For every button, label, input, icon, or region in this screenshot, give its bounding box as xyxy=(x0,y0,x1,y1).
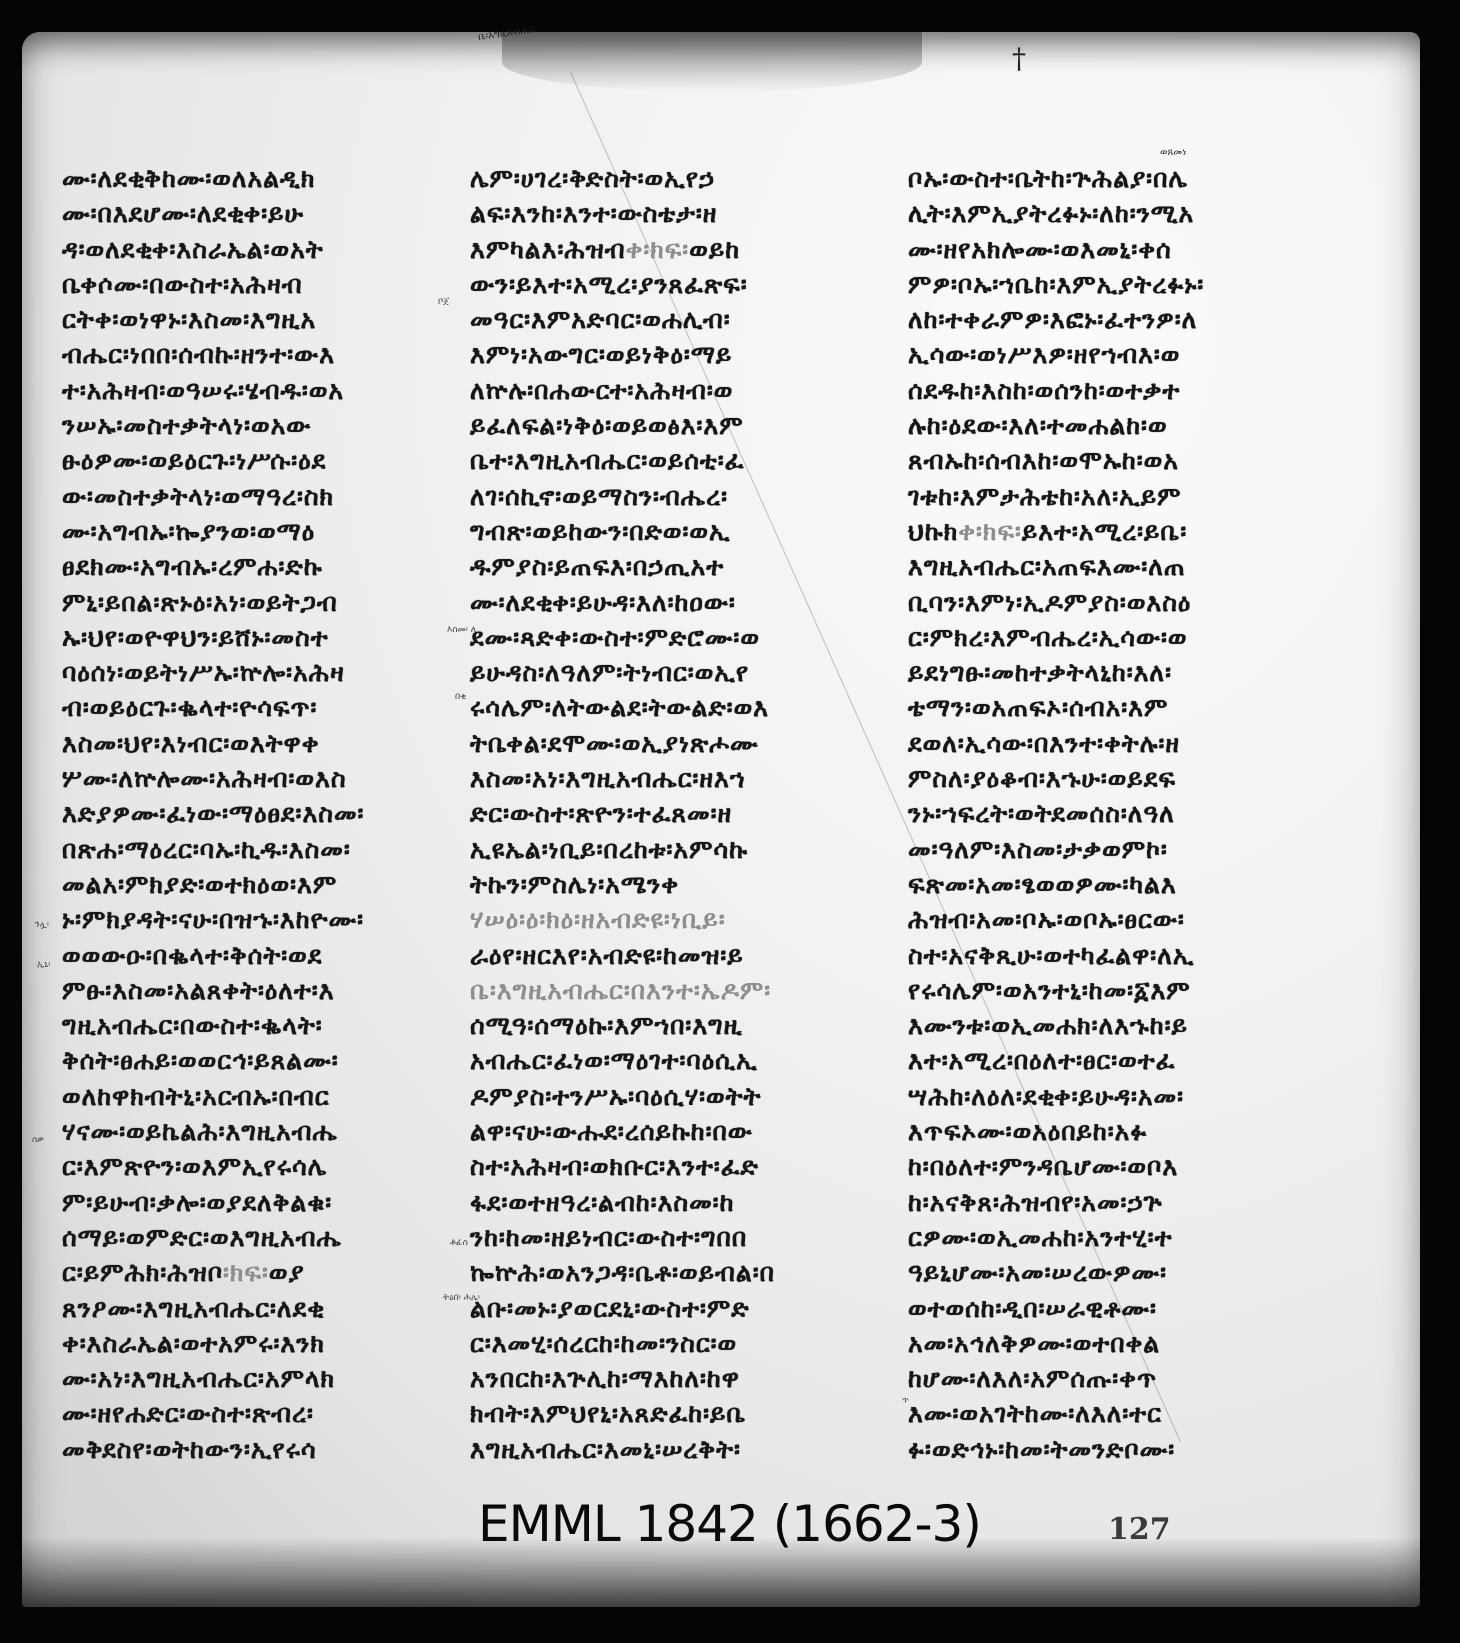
line-text: እስመ፡አነ፡እግዚአብሔር፡ዘእኀ xyxy=(470,764,745,793)
text-line: ወወውዑ፡በቈላተ፡ቅሰት፡ወደ xyxy=(62,938,472,973)
line-text: ልቡ፡መኑ፡ያወርደኒ፡ውስተ፡ምድ xyxy=(470,1294,750,1323)
line-text: ር፡እመሂ፡ሰረርከ፡ከመ፡ንስር፡ወ xyxy=(470,1329,737,1358)
text-line: ሙ፡ዘየሐድር፡ውስተ፡ጽብረ፡ xyxy=(62,1396,472,1431)
line-text: ምስለ፡ያዕቆብ፡እኁሁ፡ወይደፍ xyxy=(908,764,1176,793)
line-text: ሉከ፡ዕደው፡እለ፡ተመሐልከ፡ወ xyxy=(908,411,1168,440)
text-line: ፀደክሙ፡አግብኡ፡ረምሐ፡ድኩ xyxy=(62,549,472,584)
line-text: ሰማይ፡ወምድር፡ወእግዚአብሔ xyxy=(62,1223,342,1252)
text-line: አብሔር፡ፈነወ፡ማዕገተ፡ባዕሲኢ xyxy=(470,1043,880,1078)
line-text: ኢዩኤል፡ነቢይ፡በረከቱ፡አምሳኩ xyxy=(470,835,748,864)
rubric-text: ቀ፡ክፍ፡ xyxy=(626,235,690,264)
line-text: ለገ፡ሰኪኖ፡ወይማስን፡ብሔረ፡ xyxy=(470,482,728,511)
text-line: እግዚአብሔር፡እመኒ፡ሠረቅት፡ xyxy=(470,1432,880,1467)
line-text: ስተ፡አናቅጺሁ፡ወተካፈልዋ፡ለኢ xyxy=(908,941,1194,970)
line-text: ደወለ፡ኢሳው፡በእንተ፡ቀትሉ፡ዘ xyxy=(908,729,1180,758)
line-text: ጸብኡከ፡ሰብእከ፡ወሞኡከ፡ወአ xyxy=(908,446,1179,475)
line-text: እምካልእ፡ሕዝብ xyxy=(470,235,626,264)
line-text: ቤቀሶሙ፡በውስተ፡አሕዛብ xyxy=(62,270,303,299)
text-line: ራዕየ፡ዘርእየ፡አብድዩ፡ከመዝ፡ይ xyxy=(470,938,880,973)
cross-mark: † xyxy=(1012,42,1026,75)
line-text: ሌም፡ሀገረ፡ቅድስት፡ወኢየኃ xyxy=(470,164,715,193)
line-text: እጥፍኦሙ፡ወአዕበይከ፡አፉ xyxy=(908,1117,1147,1146)
line-text: አብሔር፡ፈነወ፡ማዕገተ፡ባዕሲኢ xyxy=(470,1046,758,1075)
text-line: ከ፡አናቅጸ፡ሕዝብየ፡አመ፡ኃጕ xyxy=(908,1185,1318,1220)
text-line: ሰደዱከ፡እስከ፡ወሰንከ፡ወተቃተ xyxy=(908,373,1318,408)
text-line: ተ፡አሕዛብ፡ወዓሠሩ፡ሄብዱ፡ወአ xyxy=(62,373,472,408)
text-line: ው፡መስተቃትላነ፡ወማዓረ፡ስክ xyxy=(62,479,472,514)
line-text: የሩሳሌም፡ወአንተኒ፡ከመ፡፩እም xyxy=(908,976,1191,1005)
text-line: ቢባን፡እምነ፡ኢዶምያስ፡ወእስዕ xyxy=(908,585,1318,620)
text-line: ድር፡ውስተ፡ጽዮን፡ተፈጸመ፡ዘ xyxy=(470,796,880,831)
line-text-continued: ወያ xyxy=(269,1258,305,1287)
line-text: ሃናሙ፡ወይኬልሕ፡እግዚአብሔ xyxy=(62,1117,338,1146)
line-text: ደሙ፡ጻድቀ፡ውስተ፡ምድሮሙ፡ወ xyxy=(470,623,760,652)
text-line: ከ፡በዕለተ፡ምንዳቤሆሙ፡ወቦእ xyxy=(908,1149,1318,1184)
text-line: ልፍ፡እንከ፡እንተ፡ውስቴታ፡ዘ xyxy=(470,196,880,231)
text-line: እተ፡አሚረ፡በዕለተ፡ፀር፡ወተፈ xyxy=(908,1043,1318,1078)
text-line: ስተ፡አሕዛብ፡ወክቡር፡እንተ፡ፈድ xyxy=(470,1149,880,1184)
line-text: እተ፡አሚረ፡በዕለተ፡ፀር፡ወተፈ xyxy=(908,1046,1175,1075)
line-text: ሩሳሌም፡ለትውልደ፡ትውልድ፡ወእ xyxy=(470,693,769,722)
line-text: ተ፡አሕዛብ፡ወዓሠሩ፡ሄብዱ፡ወአ xyxy=(62,376,344,405)
text-line: ር፡ምክረ፡እምብሔረ፡ኢሳው፡ወ xyxy=(908,620,1318,655)
text-line: ይፈለፍል፡ነቅዕ፡ወይወፅእ፡እም xyxy=(470,408,880,443)
line-text: ቅሰት፡ፀሐይ፡ወወርኅ፡ይጸልሙ፡ xyxy=(62,1046,339,1075)
line-text: እሙ፡ወአገትከሙ፡ለእለ፡ተር xyxy=(908,1399,1162,1428)
line-text: ኡ፡ህየ፡ወዮዋህን፡ይሸኑ፡መስተ xyxy=(62,623,329,652)
text-line: ደሙ፡ጻድቀ፡ውስተ፡ምድሮሙ፡ወ xyxy=(470,620,880,655)
text-line: ልዋ፡ናሁ፡ውሑደ፡ረሰይኩከ፡በው xyxy=(470,1114,880,1149)
text-line: ንኑ፡ኀፍረት፡ወትደመሰስ፡ለዓለ xyxy=(908,796,1318,831)
line-text: ከሆሙ፡ለእለ፡አምሰጡ፡ቀጥ xyxy=(908,1364,1157,1393)
line-text: ሰደዱከ፡እስከ፡ወሰንከ፡ወተቃተ xyxy=(908,376,1180,405)
line-text: ንሠኡ፡መስተቃትላነ፡ወአው xyxy=(62,411,311,440)
line-text: ድር፡ውስተ፡ጽዮን፡ተፈጸመ፡ዘ xyxy=(470,799,732,828)
line-text: መቅደስየ፡ወትከውን፡ኢየሩሳ xyxy=(62,1435,317,1464)
top-shadow xyxy=(502,32,922,92)
line-text: እምነ፡አውግር፡ወይነቅዕ፡ማይ xyxy=(470,340,732,369)
folio-number: 127 xyxy=(1108,1512,1171,1547)
text-line: ቤተ፡እግዚአብሔር፡ወይሰቲ፡ፈ xyxy=(470,443,880,478)
text-line: ባዕሰነ፡ወይትነሥኡ፡ኵሎ፡አሕዛ xyxy=(62,655,472,690)
line-text: እግዚአብሔር፡እመኒ፡ሠረቅት፡ xyxy=(470,1435,741,1464)
line-text: ፀደክሙ፡አግብኡ፡ረምሐ፡ድኩ xyxy=(62,552,323,581)
text-line: ቀ፡እስራኤል፡ወተአምሩ፡እንክ xyxy=(62,1326,472,1361)
text-column-2: ሌም፡ሀገረ፡ቅድስት፡ወኢየኃልፍ፡እንከ፡እንተ፡ውስቴታ፡ዘእምካልእ፡ሕ… xyxy=(470,161,880,1467)
text-line: ትቤቀል፡ደሞሙ፡ወኢያነጽሖሙ xyxy=(470,726,880,761)
text-line: ለገ፡ሰኪኖ፡ወይማስን፡ብሔረ፡ xyxy=(470,479,880,514)
text-line: ፍጽመ፡አመ፡ፄወወዎሙ፡ካልእ xyxy=(908,867,1318,902)
text-line: መቅደስየ፡ወትከውን፡ኢየሩሳ xyxy=(62,1432,472,1467)
text-line: ሰማይ፡ወምድር፡ወእግዚአብሔ xyxy=(62,1220,472,1255)
line-text: ከ፡በዕለተ፡ምንዳቤሆሙ፡ወቦእ xyxy=(908,1152,1178,1181)
text-line: ፁዕዎሙ፡ወይዕርጉ፡ነሥሱ፡ዕደ xyxy=(62,443,472,478)
line-text: ይደነግፁ፡መከተቃትላኒከ፡እለ፡ xyxy=(908,658,1172,687)
text-line: ፋደ፡ወተዘዓረ፡ልብከ፡እስመ፡ከ xyxy=(470,1185,880,1220)
text-line: ዱምያስ፡ይጠፍእ፡በኃጢአተ xyxy=(470,549,880,584)
text-line: ሃናሙ፡ወይኬልሕ፡እግዚአብሔ xyxy=(62,1114,472,1149)
line-text: ትኩን፡ምስሌነ፡አሜን xyxy=(470,870,661,899)
margin-note: እስመ፡ ለ xyxy=(447,625,476,635)
line-text: መዓር፡እምአድባር፡ወሐሊብ፡ xyxy=(470,305,731,334)
text-column-3: ቦኡ፡ውስተ፡ቤትከ፡ጕሕልያ፡በሌሊት፡እምኢያትረፉኑ፡ለከ፡ንሚአሙ፡ዘየ… xyxy=(908,161,1318,1467)
line-text: ሣሕከ፡ለዕለ፡ደቂቀ፡ይሁዳ፡አመ፡ xyxy=(908,1082,1184,1111)
text-line: እድያዎሙ፡ፈነው፡ማዕፀደ፡እስመ፡ xyxy=(62,796,472,831)
line-text: ንኑ፡ኀፍረት፡ወትደመሰስ፡ለዓለ xyxy=(908,799,1175,828)
text-line: እምነ፡አውግር፡ወይነቅዕ፡ማይ xyxy=(470,337,880,372)
line-text: ሙ፡አነ፡እግዚአብሔር፡አምላክ xyxy=(62,1364,335,1393)
line-text: ቦኡ፡ውስተ፡ቤትከ፡ጕሕልያ፡በሌ xyxy=(908,164,1188,193)
text-line: ኢዩኤል፡ነቢይ፡በረከቱ፡አምሳኩ xyxy=(470,832,880,867)
line-text: ብሔር፡ነበበ፡ሰብኩ፡ዘንተ፡ውእ xyxy=(62,340,335,369)
line-text: አንበርከ፡እጕሊከ፡ማእከለ፡ከዋ xyxy=(470,1364,740,1393)
text-line: ህኩክቀ፡ክፍ፡ይእተ፡አሚረ፡ይቤ፡ xyxy=(908,514,1318,549)
line-text: ም፡ይሁብ፡ቃሎ፡ወያደለቅልቁ፡ xyxy=(62,1188,332,1217)
line-text: ለከ፡ተቀራምዎ፡እፎኑ፡ፈተንዎ፡ለ xyxy=(908,305,1197,334)
line-text: ቢባን፡እምነ፡ኢዶምያስ፡ወእስዕ xyxy=(908,588,1191,617)
text-line: ዳ፡ወለደቂቀ፡እስራኤል፡ወአት xyxy=(62,232,472,267)
text-line: ስተ፡አናቅጺሁ፡ወተካፈልዋ፡ለኢ xyxy=(908,938,1318,973)
line-text: እግዚአብሔር፡አጠፍእሙ፡ለጠ xyxy=(908,552,1186,581)
line-text: ሕዝብ፡አመ፡ቦኡ፡ወቦኡ፡ፀርው፡ xyxy=(908,905,1185,934)
line-text: ጸንዖሙ፡እግዚአብሔር፡ለደቂ xyxy=(62,1294,325,1323)
text-line: ንሠኡ፡መስተቃትላነ፡ወአው xyxy=(62,408,472,443)
line-text: ስተ፡አሕዛብ፡ወክቡር፡እንተ፡ፈድ xyxy=(470,1152,759,1181)
line-text: ባዕሰነ፡ወይትነሥኡ፡ኵሎ፡አሕዛ xyxy=(62,658,345,687)
line-text: ምፁ፡እስመ፡አልጸቀት፡ዕለተ፡እ xyxy=(62,976,335,1005)
line-text: ግብጽ፡ወይከውን፡በድወ፡ወኢ xyxy=(470,517,731,546)
text-line: ሦሙ፡ለኵሎሙ፡አሕዛብ፡ወእስ xyxy=(62,761,472,796)
line-text: ኢሳው፡ወነሥእዎ፡ዘየኀብእ፡ወ xyxy=(908,340,1180,369)
text-line: ለኵሉ፡በሐውርተ፡አሕዛብ፡ወ xyxy=(470,373,880,408)
line-text: ግዚአብሔር፡በውስተ፡ቈላት፡ xyxy=(62,1011,323,1040)
line-text: ክብት፡እምህየኒ፡አጸድፈከ፡ይቤ xyxy=(470,1399,746,1428)
rubric-text: ቀ፡ክፍ፡ xyxy=(958,517,1022,546)
margin-note: ኢኒ፡ xyxy=(37,960,50,970)
text-line: ሙ፡አነ፡እግዚአብሔር፡አምላክ xyxy=(62,1361,472,1396)
line-text: ርዎሙ፡ወኢመሐከ፡አንተሂ፡ተ xyxy=(908,1223,1172,1252)
text-line: ቴማን፡ወአጠፍኦ፡ሰብአ፡እም xyxy=(908,690,1318,725)
line-text: ውን፡ይእተ፡አሚረ፡ያንጸፈጽፍ፡ xyxy=(470,270,748,299)
line-text: ወተወሰከ፡ዲበ፡ሠራዊቶሙ፡ xyxy=(908,1294,1157,1323)
text-line: ኑ፡ምክያዳት፡ናሁ፡በዝኁ፡እከዮሙ፡ xyxy=(62,902,472,937)
text-line: ብሔር፡ነበበ፡ሰብኩ፡ዘንተ፡ውእ xyxy=(62,337,472,372)
line-text: ህኩክ xyxy=(908,517,958,546)
text-line: ዓይኒሆሙ፡አመ፡ሠረውዎሙ፡ xyxy=(908,1255,1318,1290)
text-line: ወለከዋክብትኒ፡አርብኡ፡በብር xyxy=(62,1079,472,1114)
line-text: ሙ፡ዘየሐድር፡ውስተ፡ጽብረ፡ xyxy=(62,1399,314,1428)
line-text: ሦሙ፡ለኵሎሙ፡አሕዛብ፡ወእስ xyxy=(62,764,347,793)
line-text: ሰሚዓ፡ሰማዕኩ፡እምኀበ፡እግዚ xyxy=(470,1011,743,1040)
text-line: ጸብኡከ፡ሰብእከ፡ወሞኡከ፡ወአ xyxy=(908,443,1318,478)
line-text: ምዎ፡ቦኡ፡ኀቤከ፡እምኢያትረፉኑ፡ xyxy=(908,270,1204,299)
line-text: መ፡ዓለም፡እስመ፡ታቃወምኮ፡ xyxy=(908,835,1168,864)
text-line: ለከ፡ተቀራምዎ፡እፎኑ፡ፈተንዎ፡ለ xyxy=(908,302,1318,337)
text-line: ንከ፡ከመ፡ዘይነብር፡ውስተ፡ግበበ xyxy=(470,1220,880,1255)
line-text: ርትቀ፡ወነዋኑ፡እስመ፡እግዚአ xyxy=(62,305,316,334)
text-line: መ፡ዓለም፡እስመ፡ታቃወምኮ፡ xyxy=(908,832,1318,867)
margin-note: ትዕበ፡ ሕሌ፡ xyxy=(443,1293,480,1303)
text-line: ቤ፡እግዚአብሔር፡በእንተ፡ኤዶም፡ xyxy=(470,973,880,1008)
text-line: ር፡እመሂ፡ሰረርከ፡ከመ፡ንስር፡ወ xyxy=(470,1326,880,1361)
text-line: ትኩን፡ምስሌነ፡አሜንቀ xyxy=(470,867,880,902)
text-line: ሃሠዕ፡ዕ፡ክዕ፡ዘአብድዩ፡ነቢይ፡ xyxy=(470,902,880,937)
line-text: ሙ፡ዘየአክሎሙ፡ወእመኒ፡ቀሰ xyxy=(908,235,1172,264)
line-text: በጽሐ፡ማዕረር፡ባኡ፡ኪዱ፡እስመ፡ xyxy=(62,835,351,864)
text-line: በጽሐ፡ማዕረር፡ባኡ፡ኪዱ፡እስመ፡ xyxy=(62,832,472,867)
line-text: ወለከዋክብትኒ፡አርብኡ፡በብር xyxy=(62,1082,330,1111)
text-line: እሙ፡ወአገትከሙ፡ለእለ፡ተር xyxy=(908,1396,1318,1431)
text-line: ይሁዳስ፡ለዓለም፡ትነብር፡ወኢየ xyxy=(470,655,880,690)
line-text: ልዋ፡ናሁ፡ውሑደ፡ረሰይኩከ፡በው xyxy=(470,1117,753,1146)
line-text: ሊት፡እምኢያትረፉኑ፡ለከ፡ንሚአ xyxy=(908,199,1194,228)
text-line: ወተወሰከ፡ዲበ፡ሠራዊቶሙ፡ xyxy=(908,1291,1318,1326)
text-line: ሕዝብ፡አመ፡ቦኡ፡ወቦኡ፡ፀርው፡ xyxy=(908,902,1318,937)
text-line: ልቡ፡መኑ፡ያወርደኒ፡ውስተ፡ምድ xyxy=(470,1291,880,1326)
text-line: ቦኡ፡ውስተ፡ቤትከ፡ጕሕልያ፡በሌ xyxy=(908,161,1318,196)
text-line: ርትቀ፡ወነዋኑ፡እስመ፡እግዚአ xyxy=(62,302,472,337)
text-line: እስመ፡አነ፡እግዚአብሔር፡ዘእኀ xyxy=(470,761,880,796)
line-text: ኑ፡ምክያዳት፡ናሁ፡በዝኁ፡እከዮሙ፡ xyxy=(62,905,364,934)
text-line: የሩሳሌም፡ወአንተኒ፡ከመ፡፩እም xyxy=(908,973,1318,1008)
margin-note: ጥ xyxy=(902,1396,909,1406)
text-line: ም፡ይሁብ፡ቃሎ፡ወያደለቅልቁ፡ xyxy=(62,1185,472,1220)
text-line: ቤቀሶሙ፡በውስተ፡አሕዛብ xyxy=(62,267,472,302)
line-text: ምኒ፡ይበል፡ጽኑዕ፡አነ፡ወይትጋብ xyxy=(62,588,338,617)
line-text-continued: ቀ xyxy=(661,870,679,899)
text-line: አንበርከ፡እጕሊከ፡ማእከለ፡ከዋ xyxy=(470,1361,880,1396)
rubric-text: ፡ክፍ፡ xyxy=(223,1258,269,1287)
text-line: ሙ፡ዘየአክሎሙ፡ወእመኒ፡ቀሰ xyxy=(908,232,1318,267)
line-text: ንከ፡ከመ፡ዘይነብር፡ውስተ፡ግበበ xyxy=(470,1223,747,1252)
line-text: ሙ፡አግብኡ፡ኰያንወ፡ወማዕ xyxy=(62,517,315,546)
line-text: ር፡ይምሕክ፡ሕዝቦ xyxy=(62,1258,223,1287)
text-line: ኡ፡ህየ፡ወዮዋህን፡ይሸኑ፡መስተ xyxy=(62,620,472,655)
line-text: ልፍ፡እንከ፡እንተ፡ውስቴታ፡ዘ xyxy=(470,199,717,228)
text-line: ሙ፡ለደቂቀ፡ይሁዳ፡እለ፡ከዐው፡ xyxy=(470,585,880,620)
text-line: እምካልእ፡ሕዝብቀ፡ክፍ፡ወይከ xyxy=(470,232,880,267)
line-text: ር፡እምጽዮን፡ወእምኢየሩሳሌ xyxy=(62,1152,327,1181)
text-line: ከሆሙ፡ለእለ፡አምሰጡ፡ቀጥ xyxy=(908,1361,1318,1396)
line-text: ዓይኒሆሙ፡አመ፡ሠረውዎሙ፡ xyxy=(908,1258,1167,1287)
text-line: ሊት፡እምኢያትረፉኑ፡ለከ፡ንሚአ xyxy=(908,196,1318,231)
margin-note: ቶፊስ xyxy=(450,1238,468,1248)
text-line: ሙ፡ለደቂቅከሙ፡ወለአልዲክ xyxy=(62,161,472,196)
line-text: ብ፡ወይዕርጉ፡ቈላተ፡ዮሳፍጥ፡ xyxy=(62,693,317,722)
text-line: ፉ፡ወድኅኑ፡ከመ፡ትመንድቦሙ፡ xyxy=(908,1432,1318,1467)
line-text: ው፡መስተቃትላነ፡ወማዓረ፡ስክ xyxy=(62,482,334,511)
line-text: ራዕየ፡ዘርእየ፡አብድዩ፡ከመዝ፡ይ xyxy=(470,941,744,970)
margin-note: ቦጀ xyxy=(438,297,449,307)
text-line: ኢሳው፡ወነሥእዎ፡ዘየኀብእ፡ወ xyxy=(908,337,1318,372)
text-line: ዶምያስ፡ተንሥኡ፡ባዕሲሃ፡ወትት xyxy=(470,1079,880,1114)
text-line: ር፡እምጽዮን፡ወእምኢየሩሳሌ xyxy=(62,1149,472,1184)
text-line: እሙንቱ፡ወኢመሐክ፡ለእኁከ፡ይ xyxy=(908,1008,1318,1043)
text-line: ግዚአብሔር፡በውስተ፡ቈላት፡ xyxy=(62,1008,472,1043)
line-text: ወወውዑ፡በቈላተ፡ቅሰት፡ወደ xyxy=(62,941,322,970)
rubric-text: ሃሠዕ፡ዕ፡ክዕ፡ዘአብድዩ፡ነቢይ፡ xyxy=(470,905,726,934)
line-text: ሙ፡በእደሆሙ፡ለደቂቀ፡ይሁ xyxy=(62,199,304,228)
rubric-text: ቤ፡እግዚአብሔር፡በእንተ፡ኤዶም፡ xyxy=(470,976,771,1005)
text-line: ርዎሙ፡ወኢመሐከ፡አንተሂ፡ተ xyxy=(908,1220,1318,1255)
line-text: መልአ፡ምክያድ፡ወተክዕወ፡እም xyxy=(62,870,337,899)
line-text: ኰኵሕ፡ወአንጋዳ፡ቤቶ፡ወይብል፡በ xyxy=(470,1258,775,1287)
line-text: ይፈለፍል፡ነቅዕ፡ወይወፅእ፡እም xyxy=(470,411,744,440)
text-line: ሩሳሌም፡ለትውልደ፡ትውልድ፡ወእ xyxy=(470,690,880,725)
text-line: ገቱከ፡እምታሕቴከ፡አለ፡ኢይም xyxy=(908,479,1318,514)
line-text: ቴማን፡ወአጠፍኦ፡ሰብአ፡እም xyxy=(908,693,1168,722)
text-line: ሙ፡በእደሆሙ፡ለደቂቀ፡ይሁ xyxy=(62,196,472,231)
line-text: ቤተ፡እግዚአብሔር፡ወይሰቲ፡ፈ xyxy=(470,446,744,475)
text-line: ር፡ይምሕክ፡ሕዝቦ፡ክፍ፡ወያ xyxy=(62,1255,472,1290)
text-line: ሉከ፡ዕደው፡እለ፡ተመሐልከ፡ወ xyxy=(908,408,1318,443)
line-text: አመ፡አኅለቅዎሙ፡ወተበቀል xyxy=(908,1329,1160,1358)
text-line: ኰኵሕ፡ወአንጋዳ፡ቤቶ፡ወይብል፡በ xyxy=(470,1255,880,1290)
text-column-1: ሙ፡ለደቂቅከሙ፡ወለአልዲክሙ፡በእደሆሙ፡ለደቂቀ፡ይሁዳ፡ወለደቂቀ፡እስ… xyxy=(62,161,472,1467)
text-line: ሰሚዓ፡ሰማዕኩ፡እምኀበ፡እግዚ xyxy=(470,1008,880,1043)
text-line: ምፁ፡እስመ፡አልጸቀት፡ዕለተ፡እ xyxy=(62,973,472,1008)
line-text: ሙ፡ለደቂቅከሙ፡ወለአልዲክ xyxy=(62,164,315,193)
text-line: መዓር፡እምአድባር፡ወሐሊብ፡ xyxy=(470,302,880,337)
text-line: ሙ፡አግብኡ፡ኰያንወ፡ወማዕ xyxy=(62,514,472,549)
text-line: መልአ፡ምክያድ፡ወተክዕወ፡እም xyxy=(62,867,472,902)
text-line: ምስለ፡ያዕቆብ፡እኁሁ፡ወይደፍ xyxy=(908,761,1318,796)
text-line: ጸንዖሙ፡እግዚአብሔር፡ለደቂ xyxy=(62,1291,472,1326)
text-line: እጥፍኦሙ፡ወአዕበይከ፡አፉ xyxy=(908,1114,1318,1149)
text-line: ቅሰት፡ፀሐይ፡ወወርኅ፡ይጸልሙ፡ xyxy=(62,1043,472,1078)
text-line: አመ፡አኅለቅዎሙ፡ወተበቀል xyxy=(908,1326,1318,1361)
line-text: ዳ፡ወለደቂቀ፡እስራኤል፡ወአት xyxy=(62,235,324,264)
line-text: ፍጽመ፡አመ፡ፄወወዎሙ፡ካልእ xyxy=(908,870,1177,899)
line-text: ቀ፡እስራኤል፡ወተአምሩ፡እንክ xyxy=(62,1329,325,1358)
line-text-continued: ወይከ xyxy=(689,235,740,264)
line-text: ዶምያስ፡ተንሥኡ፡ባዕሲሃ፡ወትት xyxy=(470,1082,761,1111)
text-line: ይደነግፁ፡መከተቃትላኒከ፡እለ፡ xyxy=(908,655,1318,690)
line-text: ሙ፡ለደቂቀ፡ይሁዳ፡እለ፡ከዐው፡ xyxy=(470,588,736,617)
line-text: እድያዎሙ፡ፈነው፡ማዕፀደ፡እስመ፡ xyxy=(62,799,364,828)
text-line: ሌም፡ሀገረ፡ቅድስት፡ወኢየኃ xyxy=(470,161,880,196)
interlinear-note: ወጸመነ xyxy=(1160,147,1186,158)
line-text: እስመ፡ህየ፡እነብር፡ወእትዋቀ xyxy=(62,729,320,758)
text-line: ሣሕከ፡ለዕለ፡ደቂቀ፡ይሁዳ፡አመ፡ xyxy=(908,1079,1318,1114)
line-text: ትቤቀል፡ደሞሙ፡ወኢያነጽሖሙ xyxy=(470,729,759,758)
text-line: ደወለ፡ኢሳው፡በእንተ፡ቀትሉ፡ዘ xyxy=(908,726,1318,761)
line-text: ዱምያስ፡ይጠፍእ፡በኃጢአተ xyxy=(470,552,724,581)
line-text-continued: ይእተ፡አሚረ፡ይቤ፡ xyxy=(1022,517,1187,546)
line-text: እሙንቱ፡ወኢመሐክ፡ለእኁከ፡ይ xyxy=(908,1011,1188,1040)
margin-note: ንሏ፡ xyxy=(35,920,49,930)
text-line: ውን፡ይእተ፡አሚረ፡ያንጸፈጽፍ፡ xyxy=(470,267,880,302)
margin-note: በቂ xyxy=(455,692,466,702)
line-text: ከ፡አናቅጸ፡ሕዝብየ፡አመ፡ኃጕ xyxy=(908,1188,1163,1217)
margin-note: ሰቃ xyxy=(32,1135,44,1145)
text-line: ግብጽ፡ወይከውን፡በድወ፡ወኢ xyxy=(470,514,880,549)
line-text: ለኵሉ፡በሐውርተ፡አሕዛብ፡ወ xyxy=(470,376,733,405)
shelfmark-caption: EMML 1842 (1662-3) xyxy=(478,1495,981,1553)
line-text: ፉ፡ወድኅኑ፡ከመ፡ትመንድቦሙ፡ xyxy=(908,1435,1175,1464)
text-line: ምኒ፡ይበል፡ጽኑዕ፡አነ፡ወይትጋብ xyxy=(62,585,472,620)
text-line: ክብት፡እምህየኒ፡አጸድፈከ፡ይቤ xyxy=(470,1396,880,1431)
line-text: ር፡ምክረ፡እምብሔረ፡ኢሳው፡ወ xyxy=(908,623,1188,652)
line-text: ፋደ፡ወተዘዓረ፡ልብከ፡እስመ፡ከ xyxy=(470,1188,734,1217)
text-line: እስመ፡ህየ፡እነብር፡ወእትዋቀ xyxy=(62,726,472,761)
text-line: እግዚአብሔር፡አጠፍእሙ፡ለጠ xyxy=(908,549,1318,584)
line-text: ፁዕዎሙ፡ወይዕርጉ፡ነሥሱ፡ዕደ xyxy=(62,446,326,475)
text-line: ብ፡ወይዕርጉ፡ቈላተ፡ዮሳፍጥ፡ xyxy=(62,690,472,725)
line-text: ይሁዳስ፡ለዓለም፡ትነብር፡ወኢየ xyxy=(470,658,749,687)
line-text: ገቱከ፡እምታሕቴከ፡አለ፡ኢይም xyxy=(908,482,1181,511)
text-line: ምዎ፡ቦኡ፡ኀቤከ፡እምኢያትረፉኑ፡ xyxy=(908,267,1318,302)
